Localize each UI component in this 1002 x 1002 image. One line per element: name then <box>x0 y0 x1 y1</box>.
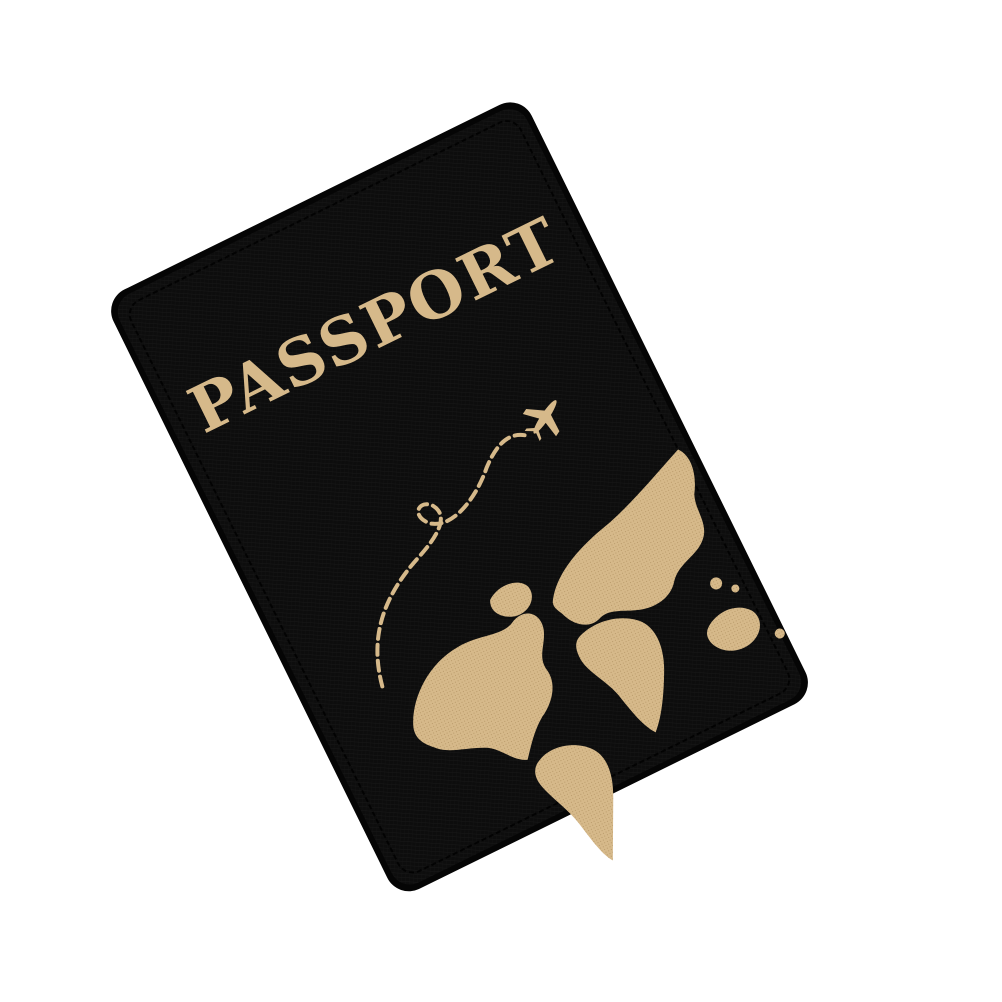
cover-face <box>111 102 808 891</box>
passport-cover: PASSPORT <box>103 94 843 953</box>
product-photo: PASSPORT <box>0 0 1002 1002</box>
